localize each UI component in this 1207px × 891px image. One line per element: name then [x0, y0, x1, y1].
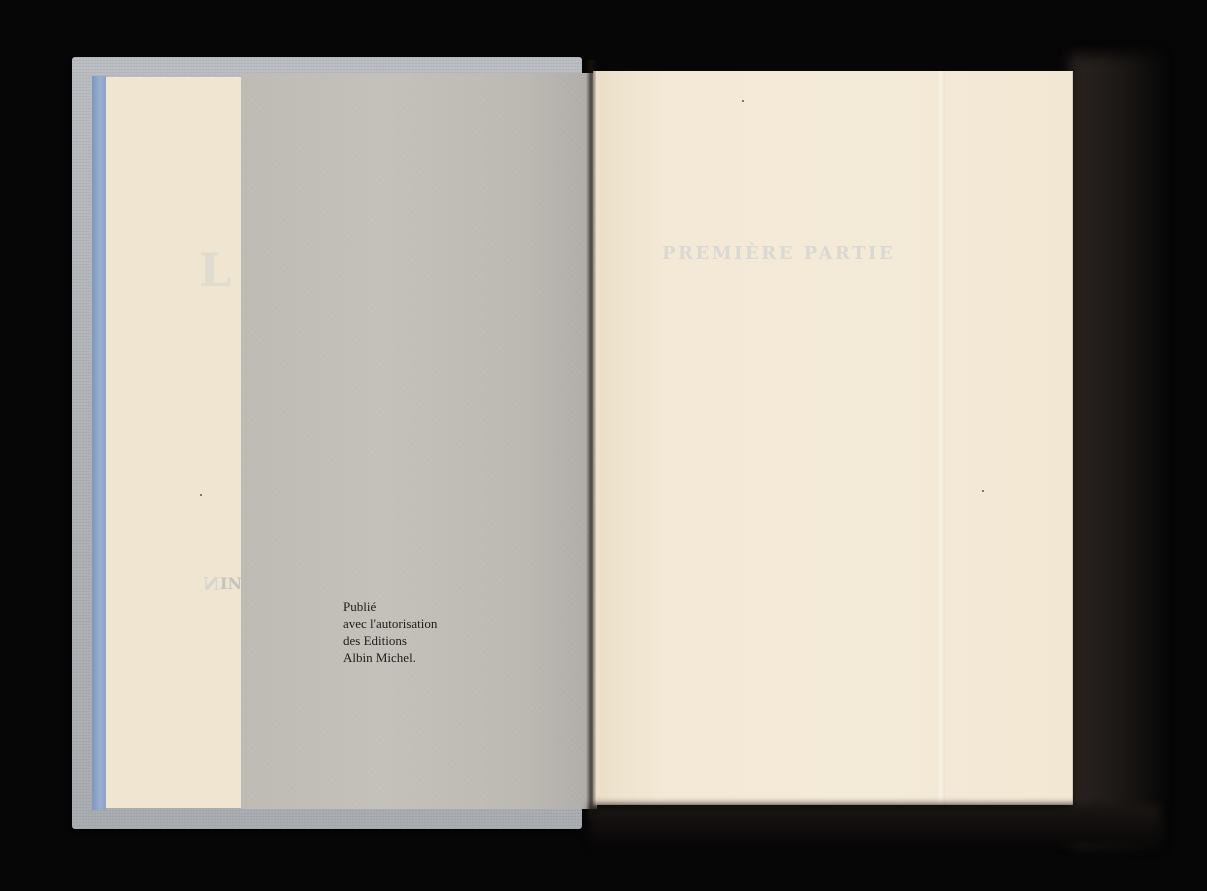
book-photo-scene: L N IN Publié avec l'autorisation des Ed…: [0, 0, 1207, 891]
publisher-note: Publié avec l'autorisation des Editions …: [343, 598, 437, 666]
paper-speck: [742, 100, 744, 102]
publisher-note-line-1: Publié: [343, 598, 437, 615]
grey-insert-sheet: [241, 73, 597, 809]
show-through-letter-top: L: [199, 243, 232, 297]
publisher-note-line-4: Albin Michel.: [343, 649, 437, 666]
publisher-note-line-2: avec l'autorisation: [343, 615, 437, 632]
left-endpaper: [106, 77, 246, 808]
right-page: [593, 71, 1072, 805]
show-through-text-bottom: IN: [220, 574, 242, 593]
paper-speck: [200, 494, 202, 496]
publisher-note-line-3: des Editions: [343, 632, 437, 649]
right-page-shadow: [1070, 55, 1160, 845]
right-page-fold-line: [937, 71, 945, 805]
cover-blue-strip: [92, 76, 106, 810]
show-through-letter-mirrored: N: [203, 574, 219, 595]
bottom-shadow: [590, 805, 1160, 845]
paper-speck: [982, 490, 984, 492]
book-gutter: [586, 60, 596, 820]
part-title: PREMIÈRE PARTIE: [662, 243, 895, 264]
